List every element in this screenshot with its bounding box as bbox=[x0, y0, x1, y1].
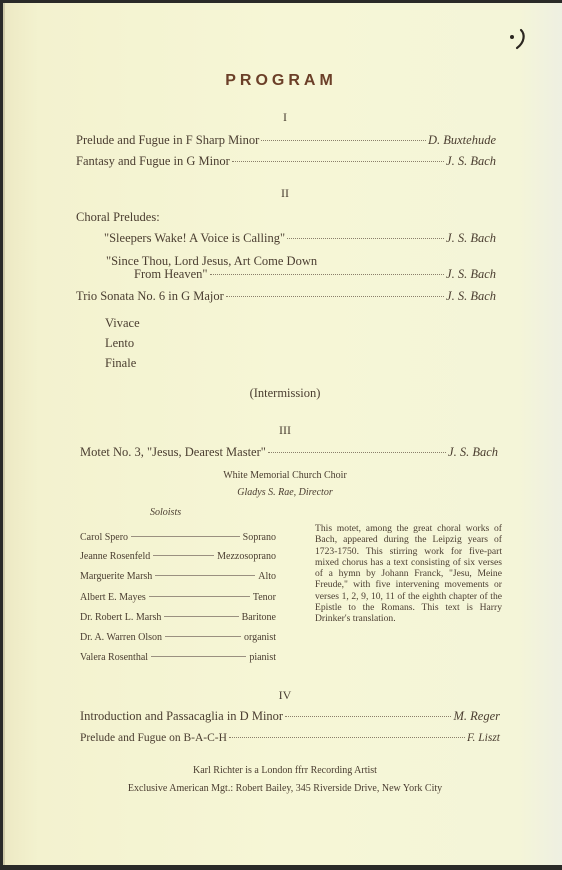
section-numeral-iii: III bbox=[0, 423, 562, 438]
soloist-row: Carol Spero Soprano bbox=[80, 532, 276, 543]
soloist-name: Dr. A. Warren Olson bbox=[80, 632, 162, 643]
leader-dots bbox=[232, 161, 444, 162]
work-title: Prelude and Fugue on B-A-C-H bbox=[80, 732, 227, 744]
leader-line bbox=[149, 596, 250, 597]
section-numeral-iv: IV bbox=[0, 688, 562, 703]
leader-dots bbox=[268, 452, 446, 453]
leader-line bbox=[164, 616, 238, 617]
program-item: Prelude and Fugue on B-A-C-H F. Liszt bbox=[80, 732, 500, 744]
soloist-role: organist bbox=[244, 632, 276, 643]
motet-note: This motet, among the great choral works… bbox=[315, 523, 502, 625]
leader-dots bbox=[210, 274, 445, 275]
soloist-name: Dr. Robert L. Marsh bbox=[80, 612, 161, 623]
movement: Lento bbox=[105, 336, 134, 351]
leader-line bbox=[151, 656, 246, 657]
composer: D. Buxtehude bbox=[428, 133, 496, 148]
section-heading: Choral Preludes: bbox=[76, 210, 160, 225]
composer: J. S. Bach bbox=[446, 231, 496, 246]
leader-dots bbox=[229, 737, 465, 738]
soloist-name: Albert E. Mayes bbox=[80, 592, 146, 603]
soloist-role: Tenor bbox=[253, 592, 276, 603]
work-title: "Sleepers Wake! A Voice is Calling" bbox=[104, 231, 285, 246]
choir-director: Gladys S. Rae, Director bbox=[0, 487, 562, 498]
soloist-row: Jeanne Rosenfeld Mezzosoprano bbox=[80, 551, 276, 562]
soloist-role: Baritone bbox=[242, 612, 276, 623]
soloists-heading: Soloists bbox=[150, 507, 181, 518]
composer: J. S. Bach bbox=[446, 267, 496, 282]
leader-line bbox=[165, 636, 241, 637]
soloist-role: Soprano bbox=[243, 532, 276, 543]
leader-dots bbox=[285, 716, 451, 717]
movement: Vivace bbox=[105, 316, 140, 331]
ink-mark-icon bbox=[509, 28, 527, 50]
soloist-row: Dr. Robert L. Marsh Baritone bbox=[80, 612, 276, 623]
composer: M. Reger bbox=[453, 709, 500, 724]
soloist-role: pianist bbox=[249, 652, 276, 663]
soloist-role: Alto bbox=[258, 571, 276, 582]
work-title: Fantasy and Fugue in G Minor bbox=[76, 154, 230, 169]
soloist-name: Jeanne Rosenfeld bbox=[80, 551, 150, 562]
soloist-row: Valera Rosenthal pianist bbox=[80, 652, 276, 663]
intermission: (Intermission) bbox=[0, 386, 562, 401]
leader-dots bbox=[287, 238, 444, 239]
program-item: "Sleepers Wake! A Voice is Calling" J. S… bbox=[104, 231, 496, 246]
leader-line bbox=[131, 536, 240, 537]
soloist-name: Carol Spero bbox=[80, 532, 128, 543]
movement: Finale bbox=[105, 356, 136, 371]
section-numeral-i: I bbox=[0, 110, 562, 125]
footer-management: Exclusive American Mgt.: Robert Bailey, … bbox=[0, 783, 562, 794]
work-title: Introduction and Passacaglia in D Minor bbox=[80, 709, 283, 724]
work-title: Motet No. 3, "Jesus, Dearest Master" bbox=[80, 445, 266, 460]
section-numeral-ii: II bbox=[0, 186, 562, 201]
work-title: From Heaven" bbox=[134, 267, 208, 282]
composer: J. S. Bach bbox=[446, 154, 496, 169]
soloist-row: Dr. A. Warren Olson organist bbox=[80, 632, 276, 643]
composer: J. S. Bach bbox=[448, 445, 498, 460]
leader-dots bbox=[261, 140, 426, 141]
soloist-name: Marguerite Marsh bbox=[80, 571, 152, 582]
composer: F. Liszt bbox=[467, 732, 500, 744]
program-item: Trio Sonata No. 6 in G Major J. S. Bach bbox=[76, 289, 496, 304]
footer-artist-note: Karl Richter is a London ffrr Recording … bbox=[0, 765, 562, 776]
work-title: Prelude and Fugue in F Sharp Minor bbox=[76, 133, 259, 148]
soloist-row: Marguerite Marsh Alto bbox=[80, 571, 276, 582]
leader-dots bbox=[226, 296, 444, 297]
program-item: Fantasy and Fugue in G Minor J. S. Bach bbox=[76, 154, 496, 169]
choir-name: White Memorial Church Choir bbox=[0, 470, 562, 481]
soloist-name: Valera Rosenthal bbox=[80, 652, 148, 663]
soloist-row: Albert E. Mayes Tenor bbox=[80, 592, 276, 603]
soloist-role: Mezzosoprano bbox=[217, 551, 276, 562]
composer: J. S. Bach bbox=[446, 289, 496, 304]
program-item: From Heaven" J. S. Bach bbox=[134, 267, 496, 282]
program-item: Motet No. 3, "Jesus, Dearest Master" J. … bbox=[80, 445, 498, 460]
program-item: Prelude and Fugue in F Sharp Minor D. Bu… bbox=[76, 133, 496, 148]
work-title: Trio Sonata No. 6 in G Major bbox=[76, 289, 224, 304]
program-item: Introduction and Passacaglia in D Minor … bbox=[80, 709, 500, 724]
page-title: PROGRAM bbox=[0, 72, 562, 90]
leader-line bbox=[155, 575, 255, 576]
leader-line bbox=[153, 555, 214, 556]
